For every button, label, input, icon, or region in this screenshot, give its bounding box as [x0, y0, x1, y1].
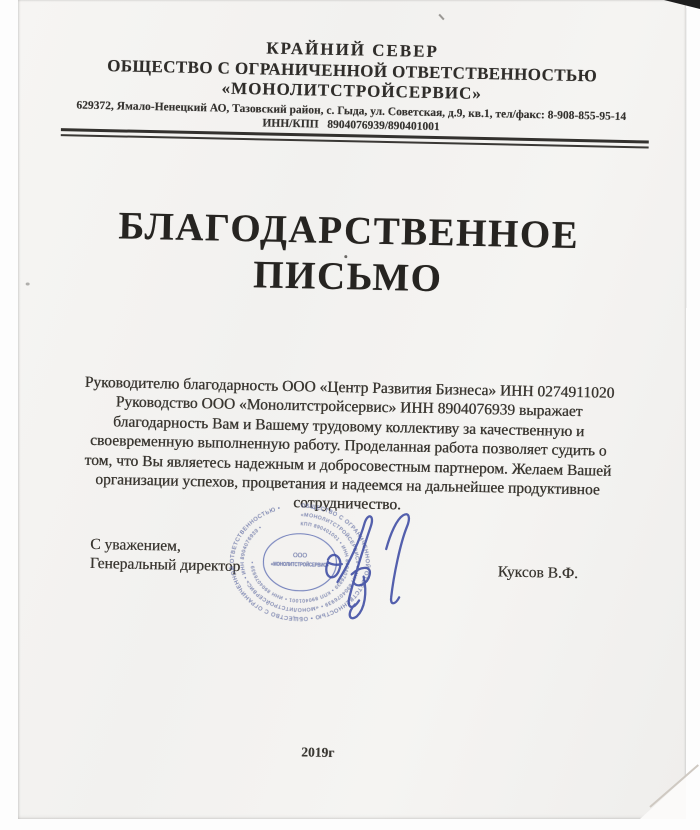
- signature-scribble: [307, 503, 430, 630]
- signature-block: С уважением, Генеральный директор: [90, 535, 241, 576]
- stamp-center-ooo: ООО: [293, 553, 307, 559]
- letter-page: КРАЙНИЙ СЕВЕР ОБЩЕСТВО С ОГРАНИЧЕННОЙ ОТ…: [18, 0, 686, 819]
- letter-date: 2019г: [4, 738, 632, 767]
- letter-title: БЛАГОДАРСТВЕННОЕ ПИСЬМО: [13, 201, 683, 307]
- signer-position: Генеральный директор: [90, 554, 241, 576]
- signer-name: Куксов В.Ф.: [498, 563, 579, 583]
- letterhead: КРАЙНИЙ СЕВЕР ОБЩЕСТВО С ОГРАНИЧЕННОЙ ОТ…: [18, 31, 687, 108]
- scanned-letter-content: КРАЙНИЙ СЕВЕР ОБЩЕСТВО С ОГРАНИЧЕННОЙ ОТ…: [3, 0, 688, 826]
- signature-ink: [325, 513, 409, 620]
- scan-speck: [344, 255, 347, 258]
- letter-body: Руководителю благодарность ООО «Центр Ра…: [57, 372, 640, 520]
- scan-speck: [26, 282, 30, 285]
- scan-corner-artifact: [664, 0, 700, 9]
- scan-edge-line: [686, 8, 687, 308]
